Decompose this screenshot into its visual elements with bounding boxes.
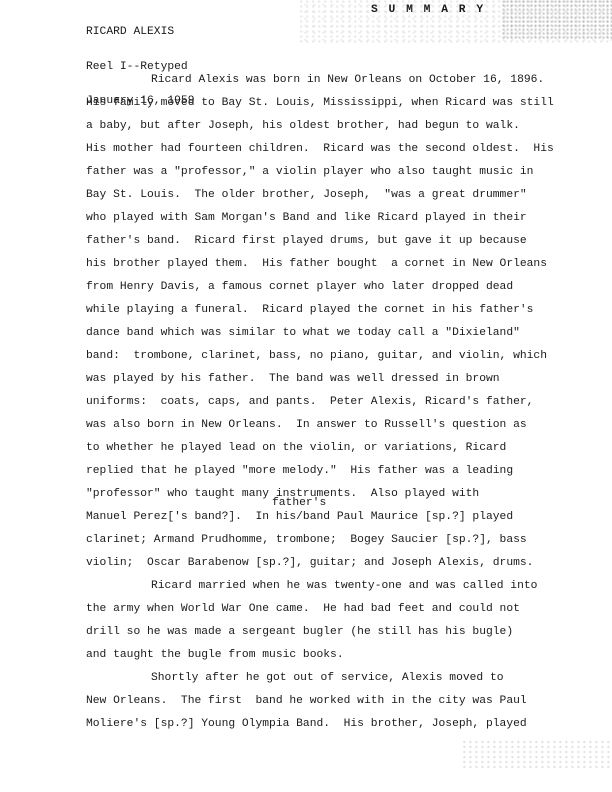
text-line: Shortly after he got out of service, Ale…	[86, 667, 554, 690]
text-line: New Orleans. The first band he worked wi…	[86, 690, 554, 713]
text-line: Bay St. Louis. The older brother, Joseph…	[86, 184, 554, 207]
text-line: Moliere's [sp.?] Young Olympia Band. His…	[86, 713, 554, 736]
text-line: uniforms: coats, caps, and pants. Peter …	[86, 391, 554, 414]
text-line: violin; Oscar Barabenow [sp.?], guitar; …	[86, 552, 554, 575]
text-line: from Henry Davis, a famous cornet player…	[86, 276, 554, 299]
text-line: was also born in New Orleans. In answer …	[86, 414, 554, 437]
text-line: was played by his father. The band was w…	[86, 368, 554, 391]
text-line: band: trombone, clarinet, bass, no piano…	[86, 345, 554, 368]
text-line: father was a "professor," a violin playe…	[86, 161, 554, 184]
text-line: Manuel Perez['s band?]. In his/band Paul…	[86, 506, 554, 529]
text-line: the army when World War One came. He had…	[86, 598, 554, 621]
text-line: while playing a funeral. Ricard played t…	[86, 299, 554, 322]
text-line: Ricard Alexis was born in New Orleans on…	[86, 69, 554, 92]
text-line: his brother played them. His father boug…	[86, 253, 554, 276]
text-line: replied that he played "more melody." Hi…	[86, 460, 554, 483]
text-line: and taught the bugle from music books.	[86, 644, 554, 667]
text-line: drill so he was made a sergeant bugler (…	[86, 621, 554, 644]
text-line: clarinet; Armand Prudhomme, trombone; Bo…	[86, 529, 554, 552]
scan-noise-corner	[502, 0, 612, 40]
text-line: His family moved to Bay St. Louis, Missi…	[86, 92, 554, 115]
header-name: RICARD ALEXIS	[86, 27, 194, 39]
text-line: dance band which was similar to what we …	[86, 322, 554, 345]
interlinear-insert: father's	[272, 497, 326, 509]
text-line: His mother had fourteen children. Ricard…	[86, 138, 554, 161]
text-line: Ricard married when he was twenty-one an…	[86, 575, 554, 598]
text-line: who played with Sam Morgan's Band and li…	[86, 207, 554, 230]
text-line: father's band. Ricard first played drums…	[86, 230, 554, 253]
document-body: Ricard Alexis was born in New Orleans on…	[86, 69, 554, 736]
text-line: to whether he played lead on the violin,…	[86, 437, 554, 460]
section-title: S U M M A R Y	[371, 4, 485, 16]
text-line: a baby, but after Joseph, his oldest bro…	[86, 115, 554, 138]
scan-noise-bottom	[462, 740, 612, 770]
